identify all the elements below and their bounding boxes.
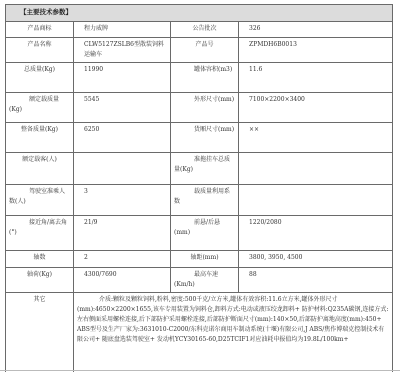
label-wheelbase: 轴距(mm) — [171, 251, 239, 268]
table-row: 轴数 2 轴距(mm) 3800, 3950, 4500 — [6, 251, 393, 268]
label-axle-load: 轴荷(Kg) — [6, 268, 74, 293]
value-dimensions: 7100×2200×3400 — [239, 93, 393, 123]
label-total-mass: 总质量(Kg) — [6, 63, 74, 93]
value-batch: 326 — [239, 22, 393, 38]
section-header-row: 【主要技术参数】 — [6, 5, 393, 22]
value-approach-departure-angle: 21/9 — [74, 216, 171, 251]
label-product-name: 产品名称 — [6, 38, 74, 63]
value-rated-passengers — [74, 153, 171, 185]
label-approach-departure-angle: 接近角/离去角(°) — [6, 216, 74, 251]
value-cab-occupants: 3 — [74, 185, 171, 216]
label-brand: 产品商标 — [6, 22, 74, 38]
value-total-mass: 11990 — [74, 63, 171, 93]
label-curb-mass: 整备质量(Kg) — [6, 123, 74, 153]
section-title: 【主要技术参数】 — [6, 5, 393, 22]
spec-table: 【主要技术参数】 产品商标 程力威牌 公告批次 326 产品名称 CLW5127… — [5, 4, 393, 372]
value-rated-load: 5545 — [74, 93, 171, 123]
table-row-other: 其它 介质:颗粒及颗粒饲料,粉料,密度:500千克/立方米,罐体有效容积:11.… — [6, 293, 393, 372]
value-product-name: CLW5127ZSLB6型散装饲料运输车 — [74, 38, 171, 63]
label-max-speed: 最高车速(Km/h) — [171, 268, 239, 293]
table-row: 产品商标 程力威牌 公告批次 326 — [6, 22, 393, 38]
value-cargo-box-size: ×× — [239, 123, 393, 153]
label-rated-load: 额定载质量(Kg) — [6, 93, 74, 123]
label-cargo-box-size: 货厢尺寸(mm) — [171, 123, 239, 153]
value-brand: 程力威牌 — [74, 22, 171, 38]
value-max-speed: 88 — [239, 268, 393, 293]
label-tank-volume: 罐体容积(m3) — [171, 63, 239, 93]
value-axle-count: 2 — [74, 251, 171, 268]
page-divider — [0, 370, 400, 371]
value-trailer-mass — [239, 153, 393, 185]
value-curb-mass: 6250 — [74, 123, 171, 153]
label-load-utilization: 载质量利用系数 — [171, 185, 239, 216]
label-trailer-mass: 准拖挂车总质量(Kg) — [171, 153, 239, 185]
table-row: 驾驶室准乘人数(人) 3 载质量利用系数 — [6, 185, 393, 216]
label-cab-occupants: 驾驶室准乘人数(人) — [6, 185, 74, 216]
label-axle-count: 轴数 — [6, 251, 74, 268]
label-dimensions: 外形尺寸(mm) — [171, 93, 239, 123]
label-other: 其它 — [6, 293, 74, 372]
value-other: 介质:颗粒及颗粒饲料,粉料,密度:500千克/立方米,罐体有效容积:11.6立方… — [74, 293, 393, 372]
table-row: 总质量(Kg) 11990 罐体容积(m3) 11.6 — [6, 63, 393, 93]
label-overhang: 前悬/后悬(mm) — [171, 216, 239, 251]
value-overhang: 1220/2080 — [239, 216, 393, 251]
label-rated-passengers: 额定载客(人) — [6, 153, 74, 185]
value-product-number: ZPMDH6B0013 — [239, 38, 393, 63]
table-row: 额定载客(人) 准拖挂车总质量(Kg) — [6, 153, 393, 185]
value-tank-volume: 11.6 — [239, 63, 393, 93]
table-row: 整备质量(Kg) 6250 货厢尺寸(mm) ×× — [6, 123, 393, 153]
value-axle-load: 4300/7690 — [74, 268, 171, 293]
table-row: 额定载质量(Kg) 5545 外形尺寸(mm) 7100×2200×3400 — [6, 93, 393, 123]
label-batch: 公告批次 — [171, 22, 239, 38]
table-row: 轴荷(Kg) 4300/7690 最高车速(Km/h) 88 — [6, 268, 393, 293]
value-load-utilization — [239, 185, 393, 216]
table-row: 接近角/离去角(°) 21/9 前悬/后悬(mm) 1220/2080 — [6, 216, 393, 251]
value-wheelbase: 3800, 3950, 4500 — [239, 251, 393, 268]
table-row: 产品名称 CLW5127ZSLB6型散装饲料运输车 产品号 ZPMDH6B001… — [6, 38, 393, 63]
label-product-number: 产品号 — [171, 38, 239, 63]
